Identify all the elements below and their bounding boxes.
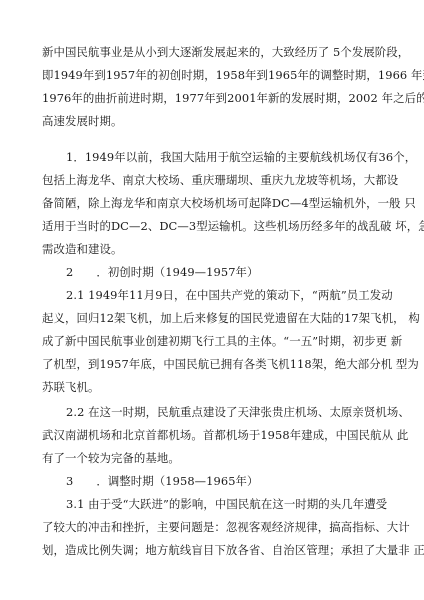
text-line: 适用于当时的DC—2、DC—3型运输机。这些机场历经多年的战乱破 坏，急 (42, 215, 384, 238)
text-line: 划，造成比例失调；地方航线盲目下放各省、自治区管理；承担了大量非 正 (42, 539, 384, 562)
text-line: 高速发展时期。 (42, 110, 384, 133)
text-line: 苏联飞机。 (42, 376, 384, 399)
text-line: 3.1 由于受“大跃进”的影响，中国民航在这一时期的头几年遭受 (42, 493, 384, 516)
text-line: 新中国民航事业是从小到大逐渐发展起来的，大致经历了 5个发展阶段， (42, 41, 384, 64)
text-line: 1．1949年以前，我国大陆用于航空运输的主要航线机场仅有36个， (42, 146, 384, 169)
text-line: 2.1 1949年11月9日，在中国共产党的策动下，“两航”员工发动 (42, 284, 384, 307)
text-line: 了较大的冲击和挫折，主要问题是：忽视客观经济规律，搞高指标、大计 (42, 516, 384, 539)
text-line: 需改造和建设。 (42, 238, 384, 261)
section-2-1-paragraph: 2.1 1949年11月9日，在中国共产党的策动下，“两航”员工发动 起义，回归… (42, 284, 384, 399)
section-3-heading: 3 ．调整时期（1958—1965年） (42, 470, 384, 493)
intro-paragraph: 新中国民航事业是从小到大逐渐发展起来的，大致经历了 5个发展阶段， 即1949年… (42, 41, 384, 133)
text-line: 2.2 在这一时期，民航重点建设了天津张贵庄机场、太原亲贤机场、 (42, 401, 384, 424)
section-2-heading: 2 ．初创时期（1949—1957年） (42, 261, 384, 284)
section-3-1-paragraph: 3.1 由于受“大跃进”的影响，中国民航在这一时期的头几年遭受 了较大的冲击和挫… (42, 493, 384, 562)
section-2-2-paragraph: 2.2 在这一时期，民航重点建设了天津张贵庄机场、太原亲贤机场、 武汉南湖机场和… (42, 401, 384, 470)
text-line: 备简陋，除上海龙华和南京大校场机场可起降DC—4型运输机外，一般 只 (42, 192, 384, 215)
text-line: 即1949年到1957年的初创时期，1958年到1965年的调整时期，1966 … (42, 64, 384, 87)
text-line: 1976年的曲折前进时期，1977年到2001年新的发展时期，2002 年之后的 (42, 87, 384, 110)
document-page: 新中国民航事业是从小到大逐渐发展起来的，大致经历了 5个发展阶段， 即1949年… (42, 41, 384, 562)
text-line: 武汉南湖机场和北京首都机场。首都机场于1958年建成，中国民航从 此 (42, 424, 384, 447)
text-line: 有了一个较为完备的基地。 (42, 447, 384, 470)
text-line: 包括上海龙华、南京大校场、重庆珊瑚坝、重庆九龙坡等机场，大都设 (42, 169, 384, 192)
text-line: 了机型，到1957年底，中国民航已拥有各类飞机118架，绝大部分机 型为 (42, 353, 384, 376)
section-1-paragraph: 1．1949年以前，我国大陆用于航空运输的主要航线机场仅有36个， 包括上海龙华… (42, 146, 384, 261)
text-line: 成了新中国民航事业创建初期飞行工具的主体。“一五”时期，初步更 新 (42, 330, 384, 353)
text-line: 起义，回归12架飞机，加上后来修复的国民党遗留在大陆的17架飞机， 构 (42, 307, 384, 330)
